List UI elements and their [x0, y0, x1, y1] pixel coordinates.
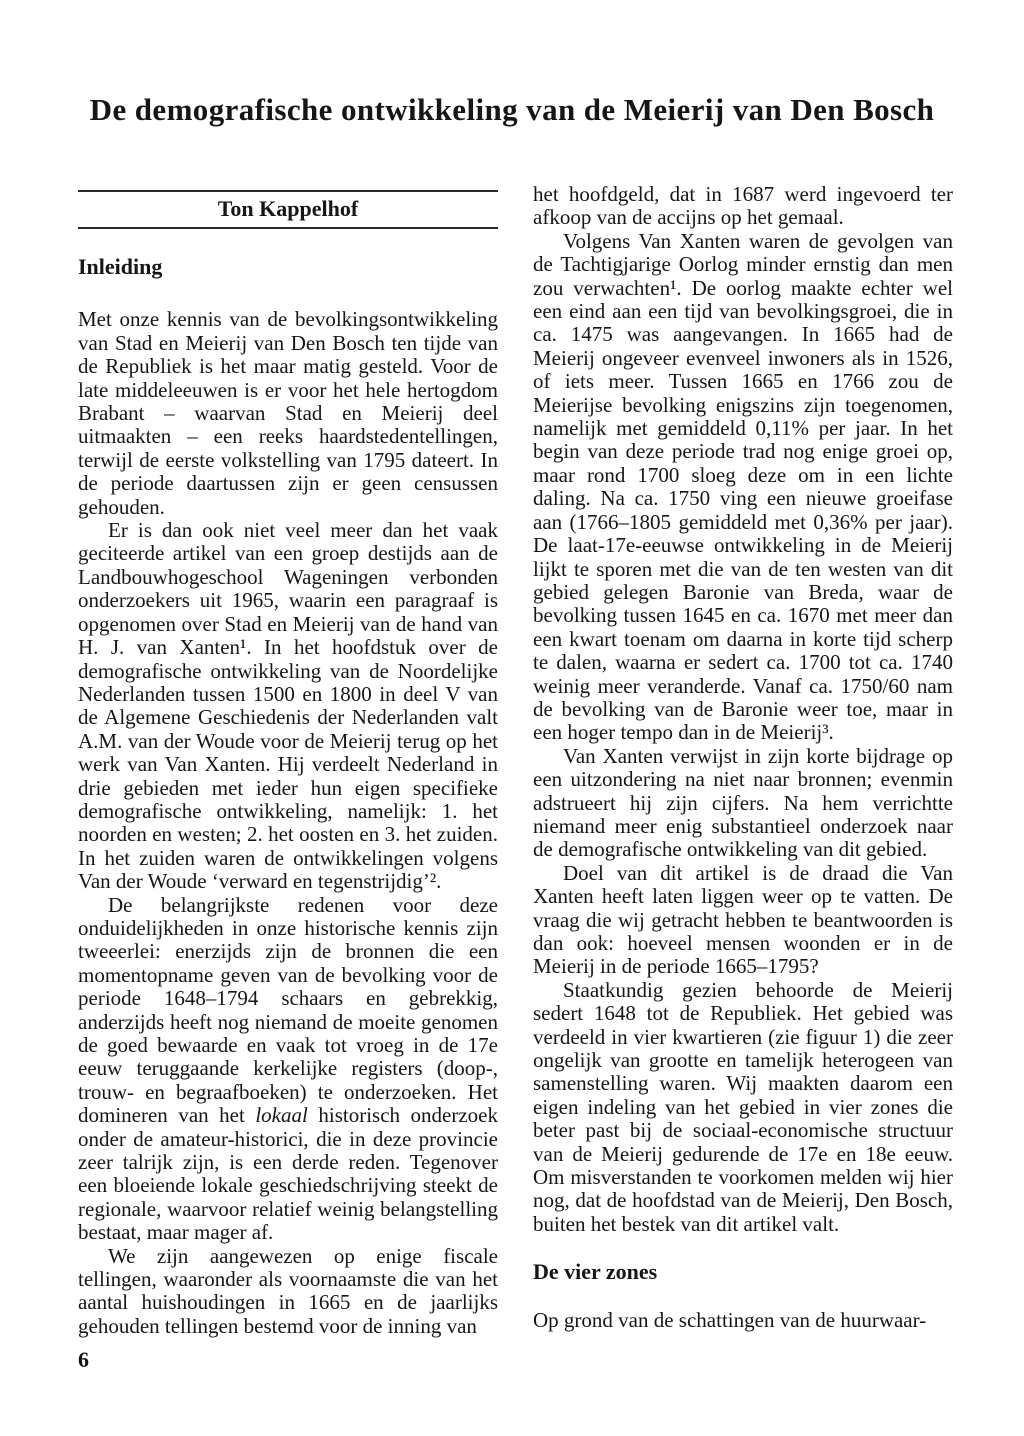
paragraph-intro-2: Er is dan ook niet veel meer dan het vaa…	[78, 519, 498, 894]
section-heading-de-vier-zones: De vier zones	[533, 1260, 953, 1284]
section-heading-inleiding: Inleiding	[78, 255, 498, 279]
right-column: het hoofdgeld, dat in 1687 werd ingevoer…	[533, 183, 953, 1333]
paragraph-sources-critique: Van Xanten verwijst in zijn korte bijdra…	[533, 745, 953, 862]
paragraph-four-quarters: Staatkundig gezien behoorde de Meierij s…	[533, 979, 953, 1236]
italic-term: lokaal	[255, 1103, 308, 1127]
scanned-article-page: De demografische ontwikkeling van de Mei…	[0, 0, 1024, 1436]
author-block: Ton Kappelhof	[78, 190, 498, 229]
paragraph-intro-1: Met onze kennis van de bevolkingsontwikk…	[78, 308, 498, 519]
paragraph-van-xanten-findings: Volgens Van Xanten waren de gevolgen van…	[533, 230, 953, 745]
paragraph-continuation: het hoofdgeld, dat in 1687 werd ingevoer…	[533, 183, 953, 230]
left-column: Ton Kappelhof Inleiding Met onze kennis …	[78, 190, 498, 1338]
paragraph-segment: De belangrijkste redenen voor deze ondui…	[78, 893, 498, 1128]
paragraph-article-goal: Doel van dit artikel is de draad die Van…	[533, 862, 953, 979]
paragraph-zones-start: Op grond van de schattingen van de huurw…	[533, 1309, 953, 1332]
author-name: Ton Kappelhof	[218, 196, 358, 221]
article-title: De demografische ontwikkeling van de Mei…	[0, 92, 1024, 128]
paragraph-intro-4: We zijn aangewezen op enige fiscale tell…	[78, 1245, 498, 1339]
paragraph-intro-3: De belangrijkste redenen voor deze ondui…	[78, 894, 498, 1245]
page-number: 6	[78, 1347, 89, 1373]
